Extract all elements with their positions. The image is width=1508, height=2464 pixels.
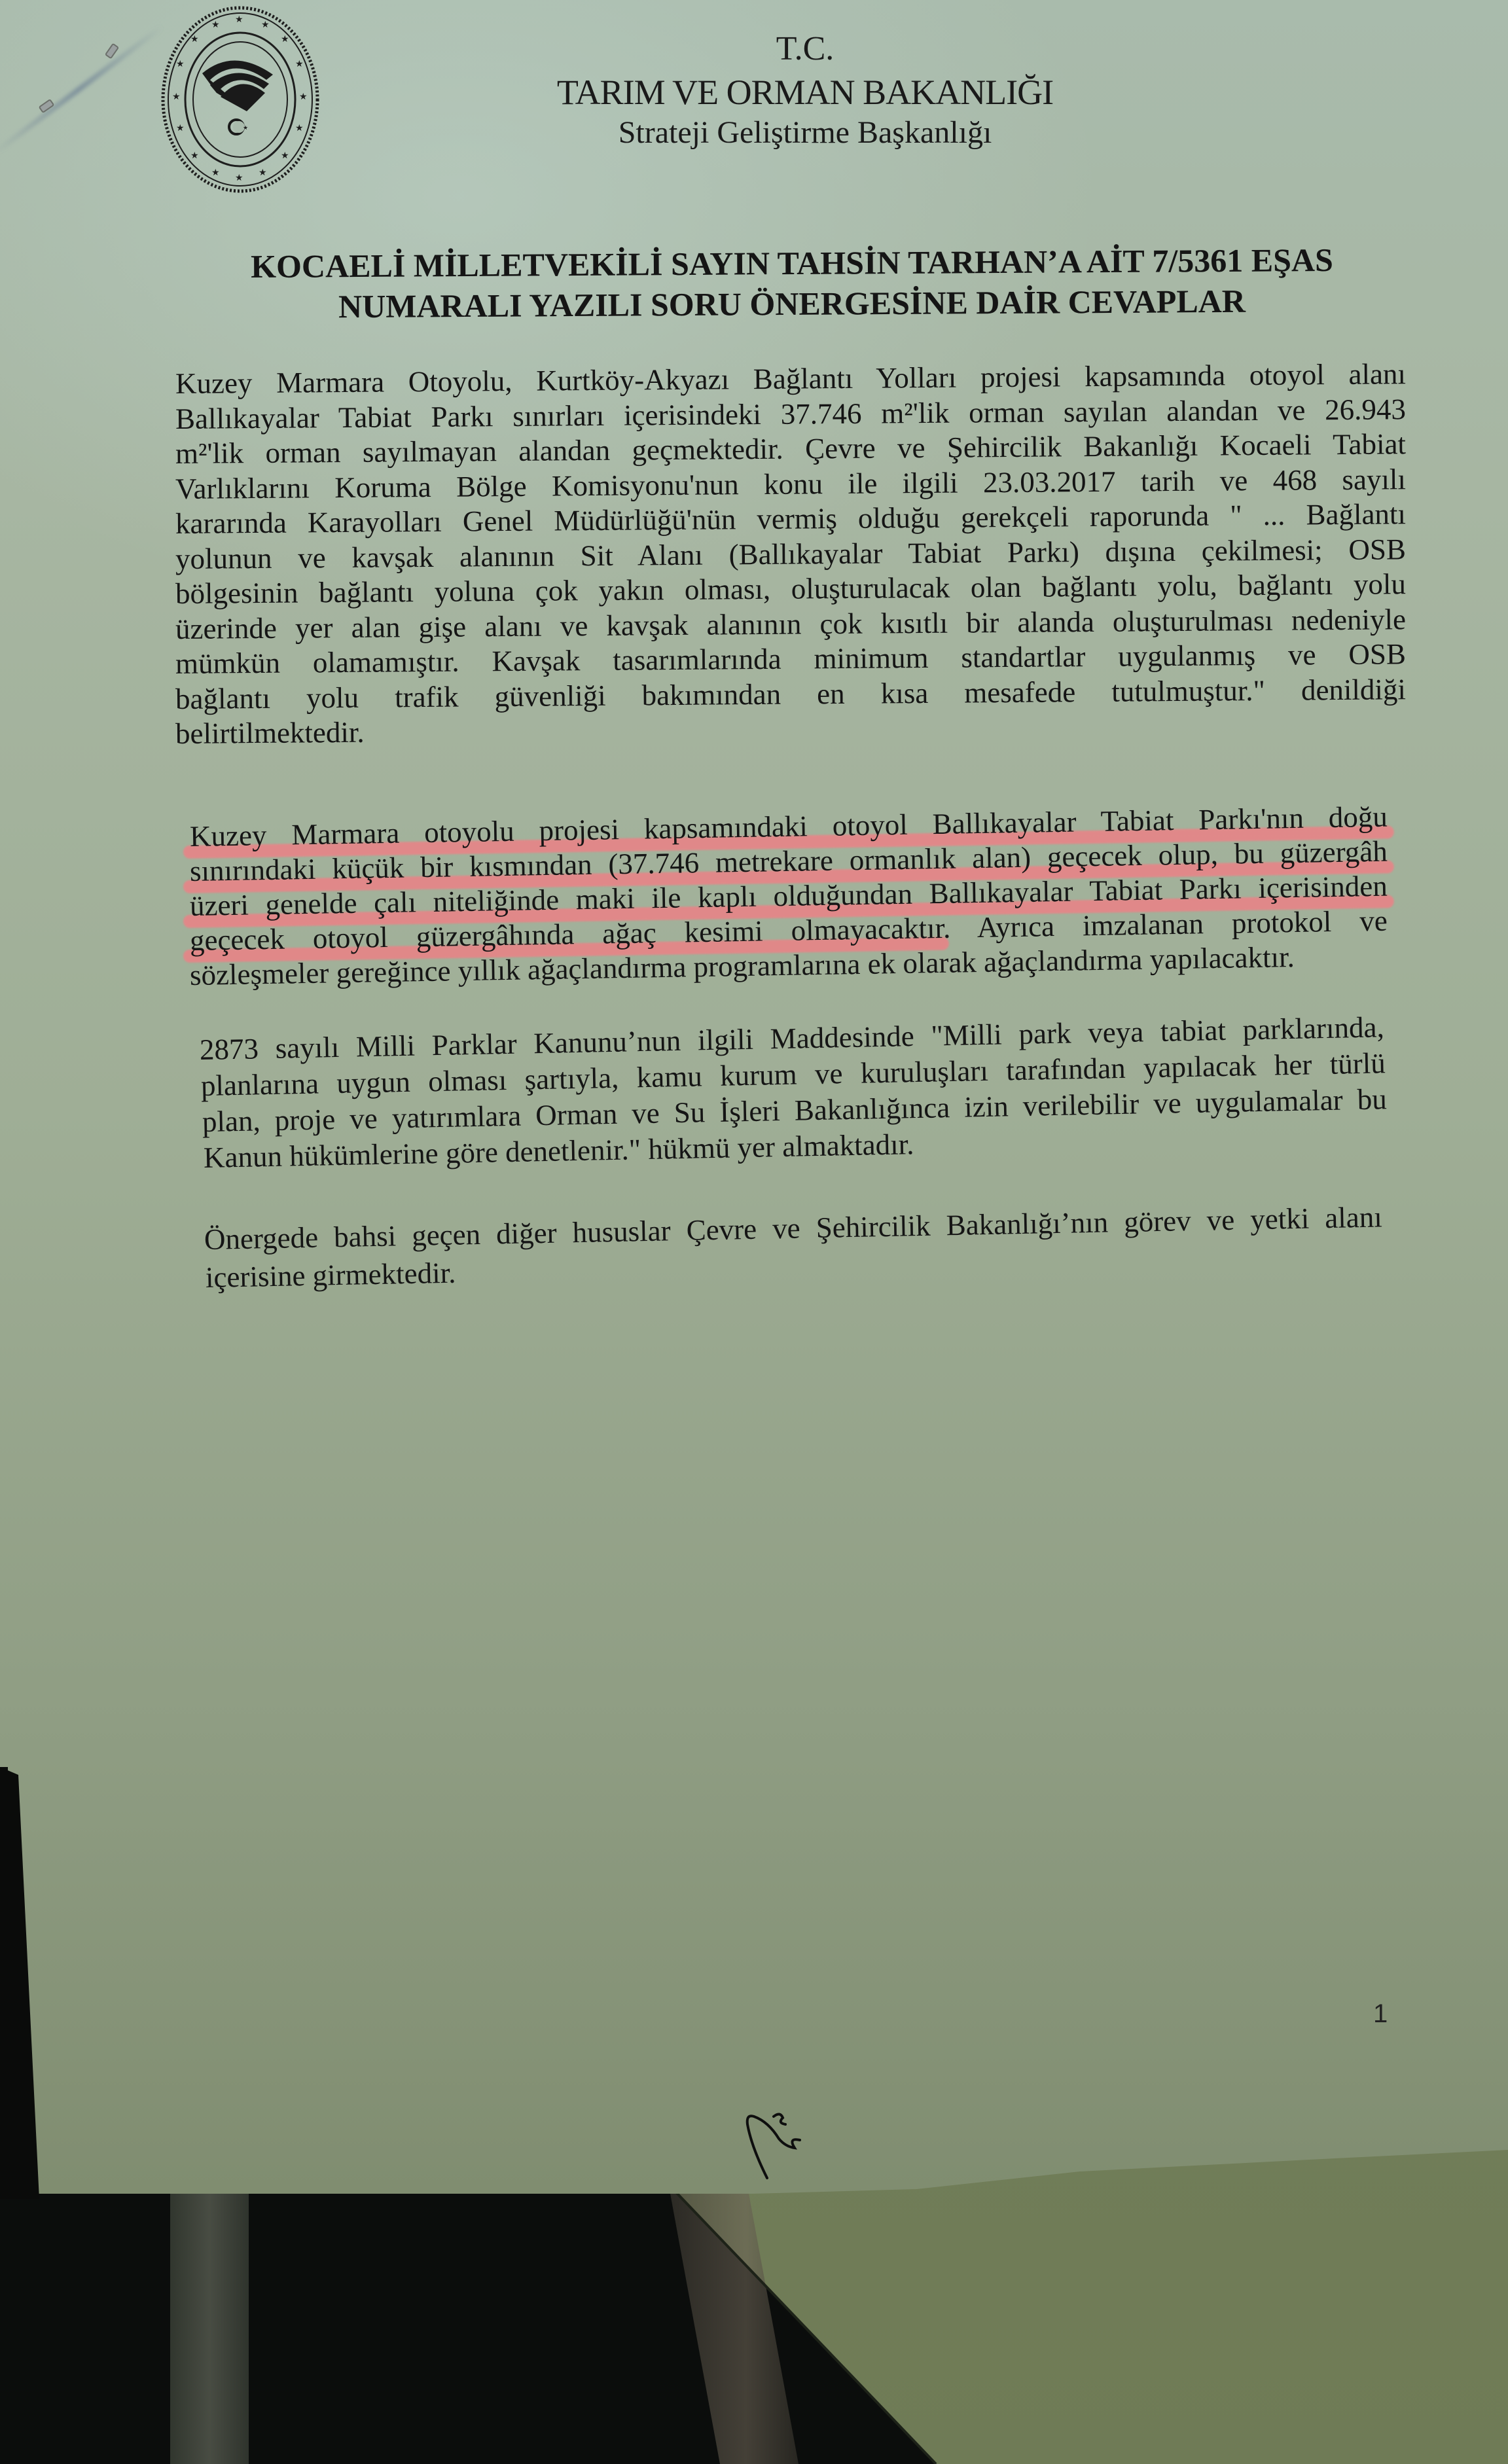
- header-country: T.C.: [511, 29, 1100, 68]
- body-text-line: belirtilmektedir.: [175, 715, 365, 751]
- svg-text:★: ★: [172, 91, 181, 101]
- svg-text:★: ★: [243, 124, 248, 131]
- body-text-line: içerisine girmektedir.: [206, 1256, 456, 1294]
- svg-text:★: ★: [235, 172, 243, 183]
- header-department: Strateji Geliştirme Başkanlığı: [511, 115, 1100, 151]
- svg-text:★: ★: [261, 19, 270, 29]
- signature-icon: [740, 2094, 812, 2186]
- svg-text:★: ★: [299, 91, 308, 101]
- svg-text:★: ★: [259, 167, 267, 177]
- svg-text:★: ★: [176, 122, 185, 133]
- header-ministry: TARIM VE ORMAN BAKANLIĞI: [511, 72, 1100, 113]
- svg-text:★: ★: [281, 33, 289, 44]
- ministry-seal-icon: ★★★ ★★★ ★★★ ★★★ ★★★ ★ ★: [157, 0, 324, 203]
- page-number: 1: [1373, 1999, 1388, 2029]
- svg-text:★: ★: [190, 33, 199, 44]
- svg-text:★: ★: [295, 122, 304, 133]
- svg-text:★: ★: [295, 58, 304, 69]
- svg-text:★: ★: [211, 167, 220, 177]
- svg-text:★: ★: [176, 58, 185, 69]
- svg-text:★: ★: [190, 150, 199, 160]
- document-title-line-2: NUMARALI YAZILI SORU ÖNERGESİNE DAİR CEV…: [216, 279, 1368, 329]
- svg-text:★: ★: [235, 14, 243, 24]
- svg-text:★: ★: [211, 19, 220, 29]
- svg-text:★: ★: [281, 150, 289, 160]
